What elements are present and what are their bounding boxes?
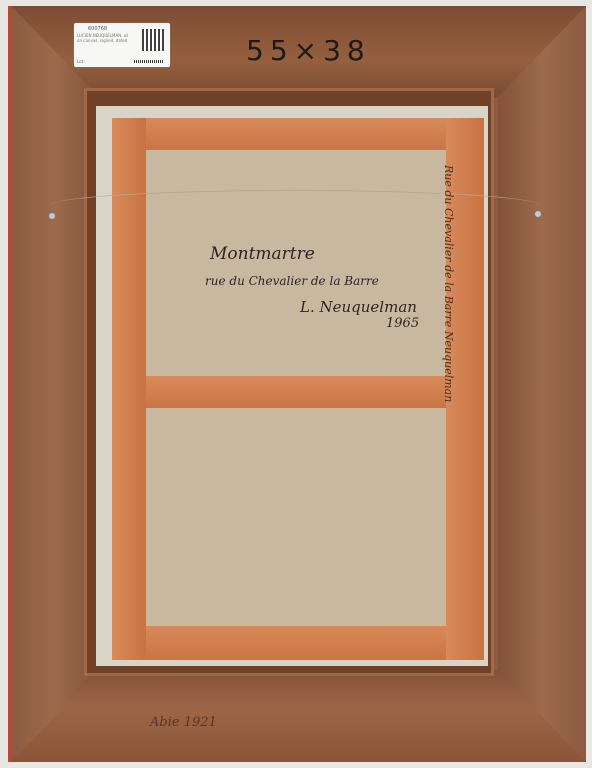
canvas-year: 1965 <box>386 316 419 331</box>
canvas-title-inscription: Montmartre <box>210 244 315 264</box>
frame-bottom-rail <box>11 670 586 762</box>
canvas-street-inscription: rue du Chevalier de la Barre <box>205 274 379 288</box>
stretcher-bottom-bar <box>112 626 484 660</box>
hanging-wire <box>50 190 540 221</box>
stretcher-crossbar <box>146 376 446 408</box>
label-lot: Lot <box>77 59 83 64</box>
label-description: LUCIEN NEUQUELMAN, oil on canvas, signed… <box>77 33 133 43</box>
canvas-signature: L. Neuquelman <box>300 298 417 316</box>
auction-label: 600768 LUCIEN NEUQUELMAN, oil on canvas,… <box>74 23 170 67</box>
qr-code-icon <box>142 29 164 51</box>
screw-eye-right <box>534 210 542 218</box>
canvas-lower-panel <box>146 408 446 626</box>
stretcher-top-bar <box>112 118 484 150</box>
frame-size-inscription: 55×38 <box>246 34 371 67</box>
barcode-icon <box>134 60 164 63</box>
screw-eye-left <box>48 212 56 220</box>
stretcher-inscription: Rue du Chevalier de la Barre Neuquelman <box>442 165 455 402</box>
frame-right-rail <box>498 6 586 762</box>
label-id: 600768 <box>88 26 107 32</box>
frame-bottom-inscription: Abie 1921 <box>150 715 217 730</box>
